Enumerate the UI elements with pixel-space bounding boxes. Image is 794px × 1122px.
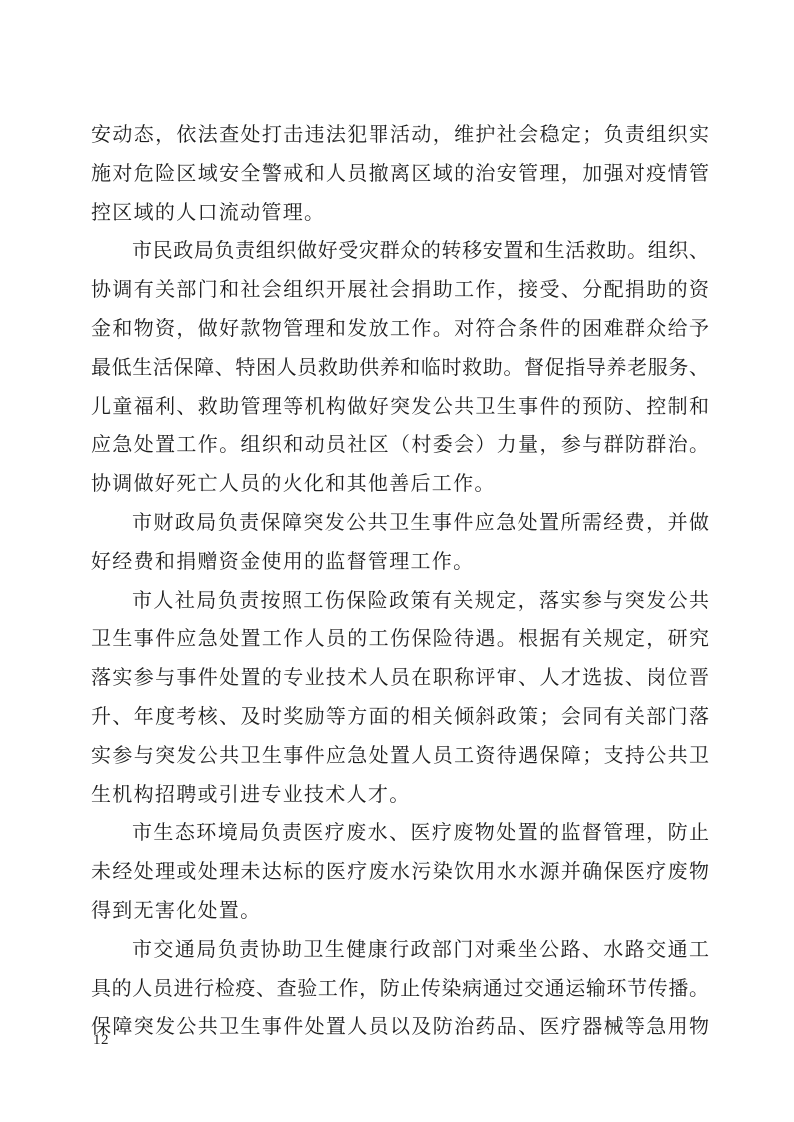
text-line: 保障突发公共卫生事件处置人员以及防治药品、医疗器械等急用物 — [91, 1008, 709, 1047]
text-line: 儿童福利、救助管理等机构做好突发公共卫生事件的预防、控制和 — [91, 388, 709, 427]
text-line: 得到无害化处置。 — [91, 892, 709, 931]
text-line: 具的人员进行检疫、查验工作，防止传染病通过交通运输环节传播。 — [91, 970, 709, 1009]
text-line: 生机构招聘或引进专业技术人才。 — [91, 776, 709, 815]
text-line: 应急处置工作。组织和动员社区（村委会）力量，参与群防群治。 — [91, 426, 709, 465]
text-line: 安动态，依法查处打击违法犯罪活动，维护社会稳定；负责组织实 — [91, 116, 709, 155]
text-line: 施对危险区域安全警戒和人员撤离区域的治安管理，加强对疫情管 — [91, 155, 709, 194]
text-line: 协调做好死亡人员的火化和其他善后工作。 — [91, 465, 709, 504]
text-line: 市财政局负责保障突发公共卫生事件应急处置所需经费，并做 — [91, 504, 709, 543]
page-number: 12 — [93, 1030, 109, 1050]
text-line: 落实参与事件处置的专业技术人员在职称评审、人才选拔、岗位晋 — [91, 659, 709, 698]
text-line: 好经费和捐赠资金使用的监督管理工作。 — [91, 543, 709, 582]
document-page: 安动态，依法查处打击违法犯罪活动，维护社会稳定；负责组织实施对危险区域安全警戒和… — [0, 0, 794, 1122]
text-line: 市交通局负责协助卫生健康行政部门对乘坐公路、水路交通工 — [91, 931, 709, 970]
text-line: 最低生活保障、特困人员救助供养和临时救助。督促指导养老服务、 — [91, 349, 709, 388]
text-line: 卫生事件应急处置工作人员的工伤保险待遇。根据有关规定，研究 — [91, 620, 709, 659]
text-line: 市生态环境局负责医疗废水、医疗废物处置的监督管理，防止 — [91, 814, 709, 853]
text-line: 未经处理或处理未达标的医疗废水污染饮用水水源并确保医疗废物 — [91, 853, 709, 892]
text-line: 升、年度考核、及时奖励等方面的相关倾斜政策；会同有关部门落 — [91, 698, 709, 737]
text-line: 金和物资，做好款物管理和发放工作。对符合条件的困难群众给予 — [91, 310, 709, 349]
text-line: 协调有关部门和社会组织开展社会捐助工作，接受、分配捐助的资 — [91, 271, 709, 310]
text-line: 市民政局负责组织做好受灾群众的转移安置和生活救助。组织、 — [91, 232, 709, 271]
text-line: 市人社局负责按照工伤保险政策有关规定，落实参与突发公共 — [91, 582, 709, 621]
text-line: 实参与突发公共卫生事件应急处置人员工资待遇保障；支持公共卫 — [91, 737, 709, 776]
text-line: 控区域的人口流动管理。 — [91, 194, 709, 233]
body-text: 安动态，依法查处打击违法犯罪活动，维护社会稳定；负责组织实施对危险区域安全警戒和… — [91, 116, 709, 1047]
